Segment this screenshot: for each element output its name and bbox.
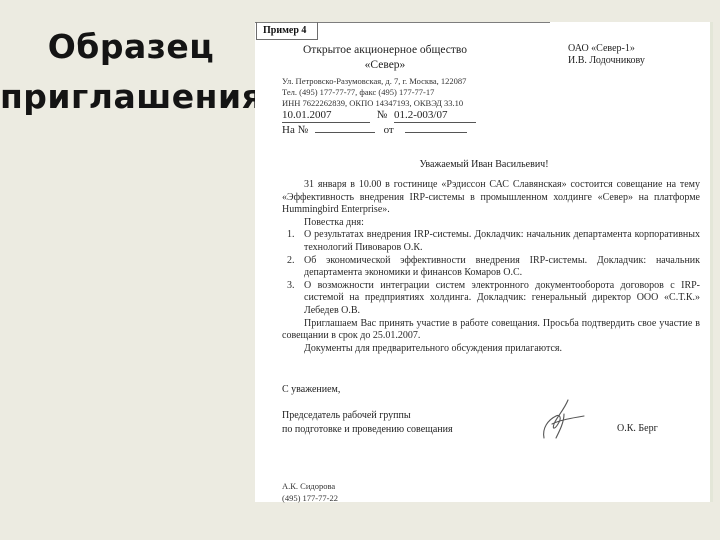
agenda-item: 3. О возможности интеграции систем элект… <box>282 280 700 318</box>
executor-phone: (495) 177-77-22 <box>282 493 338 503</box>
document-page: Пример 4 Открытое акционерное общество «… <box>255 22 713 502</box>
invitation-paragraph: Приглашаем Вас принять участие в работе … <box>282 318 700 343</box>
reference-number-label: На № <box>282 124 308 136</box>
executor-name: А.К. Сидорова <box>282 481 335 491</box>
example-label-box: Пример 4 <box>256 22 318 40</box>
agenda-item: 1. О результатах внедрения IRP-системы. … <box>282 229 700 254</box>
agenda-item-text: О результатах внедрения IRP-системы. Док… <box>304 229 700 253</box>
reference-from-label: от <box>384 124 394 136</box>
registration-number-label: № <box>377 109 388 121</box>
signature-icon <box>538 394 586 442</box>
agenda-item-number: 3. <box>287 280 295 293</box>
reference-number-blank <box>315 122 375 133</box>
attachments-note: Документы для предварительного обсуждени… <box>282 343 700 356</box>
registration-date: 10.01.2007 <box>282 109 370 123</box>
agenda-item-number: 1. <box>287 229 295 242</box>
agenda-list: 1. О результатах внедрения IRP-системы. … <box>282 229 700 317</box>
registration-line: 10.01.2007 № 01.2-003/07 <box>282 109 476 123</box>
agenda-label: Повестка дня: <box>282 217 700 230</box>
agenda-item-text: Об экономической эффективности внедрения… <box>304 255 700 279</box>
reference-line: На № от <box>282 122 467 137</box>
letter-body: 31 января в 10.00 в гостинице «Рэдиссон … <box>282 179 700 355</box>
signatory-title-line1: Председатель рабочей группы <box>282 409 411 422</box>
recipient-org: ОАО «Север-1» <box>568 43 635 55</box>
recipient-person: И.В. Лодочникову <box>568 55 645 67</box>
slide-title-line1: Образец <box>0 22 262 72</box>
organization-name-line2: «Север» <box>285 58 485 72</box>
signatory-title-line2: по подготовке и проведению совещания <box>282 423 453 436</box>
organization-phone: Тел. (495) 177-77-77, факс (495) 177-77-… <box>282 87 434 98</box>
reference-date-blank <box>405 122 467 133</box>
agenda-item-number: 2. <box>287 255 295 268</box>
registration-number: 01.2-003/07 <box>394 109 476 123</box>
organization-address: Ул. Петровско-Разумовская, д. 7, г. Моск… <box>282 76 466 87</box>
salutation: Уважаемый Иван Васильевич! <box>255 159 713 170</box>
closing: С уважением, <box>282 384 340 395</box>
intro-paragraph: 31 января в 10.00 в гостинице «Рэдиссон … <box>282 179 700 217</box>
organization-codes: ИНН 7622262839, ОКПО 14347193, ОКВЭД 33.… <box>282 98 463 109</box>
agenda-item-text: О возможности интеграции систем электрон… <box>304 280 700 316</box>
signatory-name: О.К. Берг <box>617 423 658 434</box>
organization-name-line1: Открытое акционерное общество <box>285 43 485 57</box>
slide-title-line2: приглашения <box>0 72 262 122</box>
agenda-item: 2. Об экономической эффективности внедре… <box>282 255 700 280</box>
slide-title: Образец приглашения <box>0 22 262 122</box>
